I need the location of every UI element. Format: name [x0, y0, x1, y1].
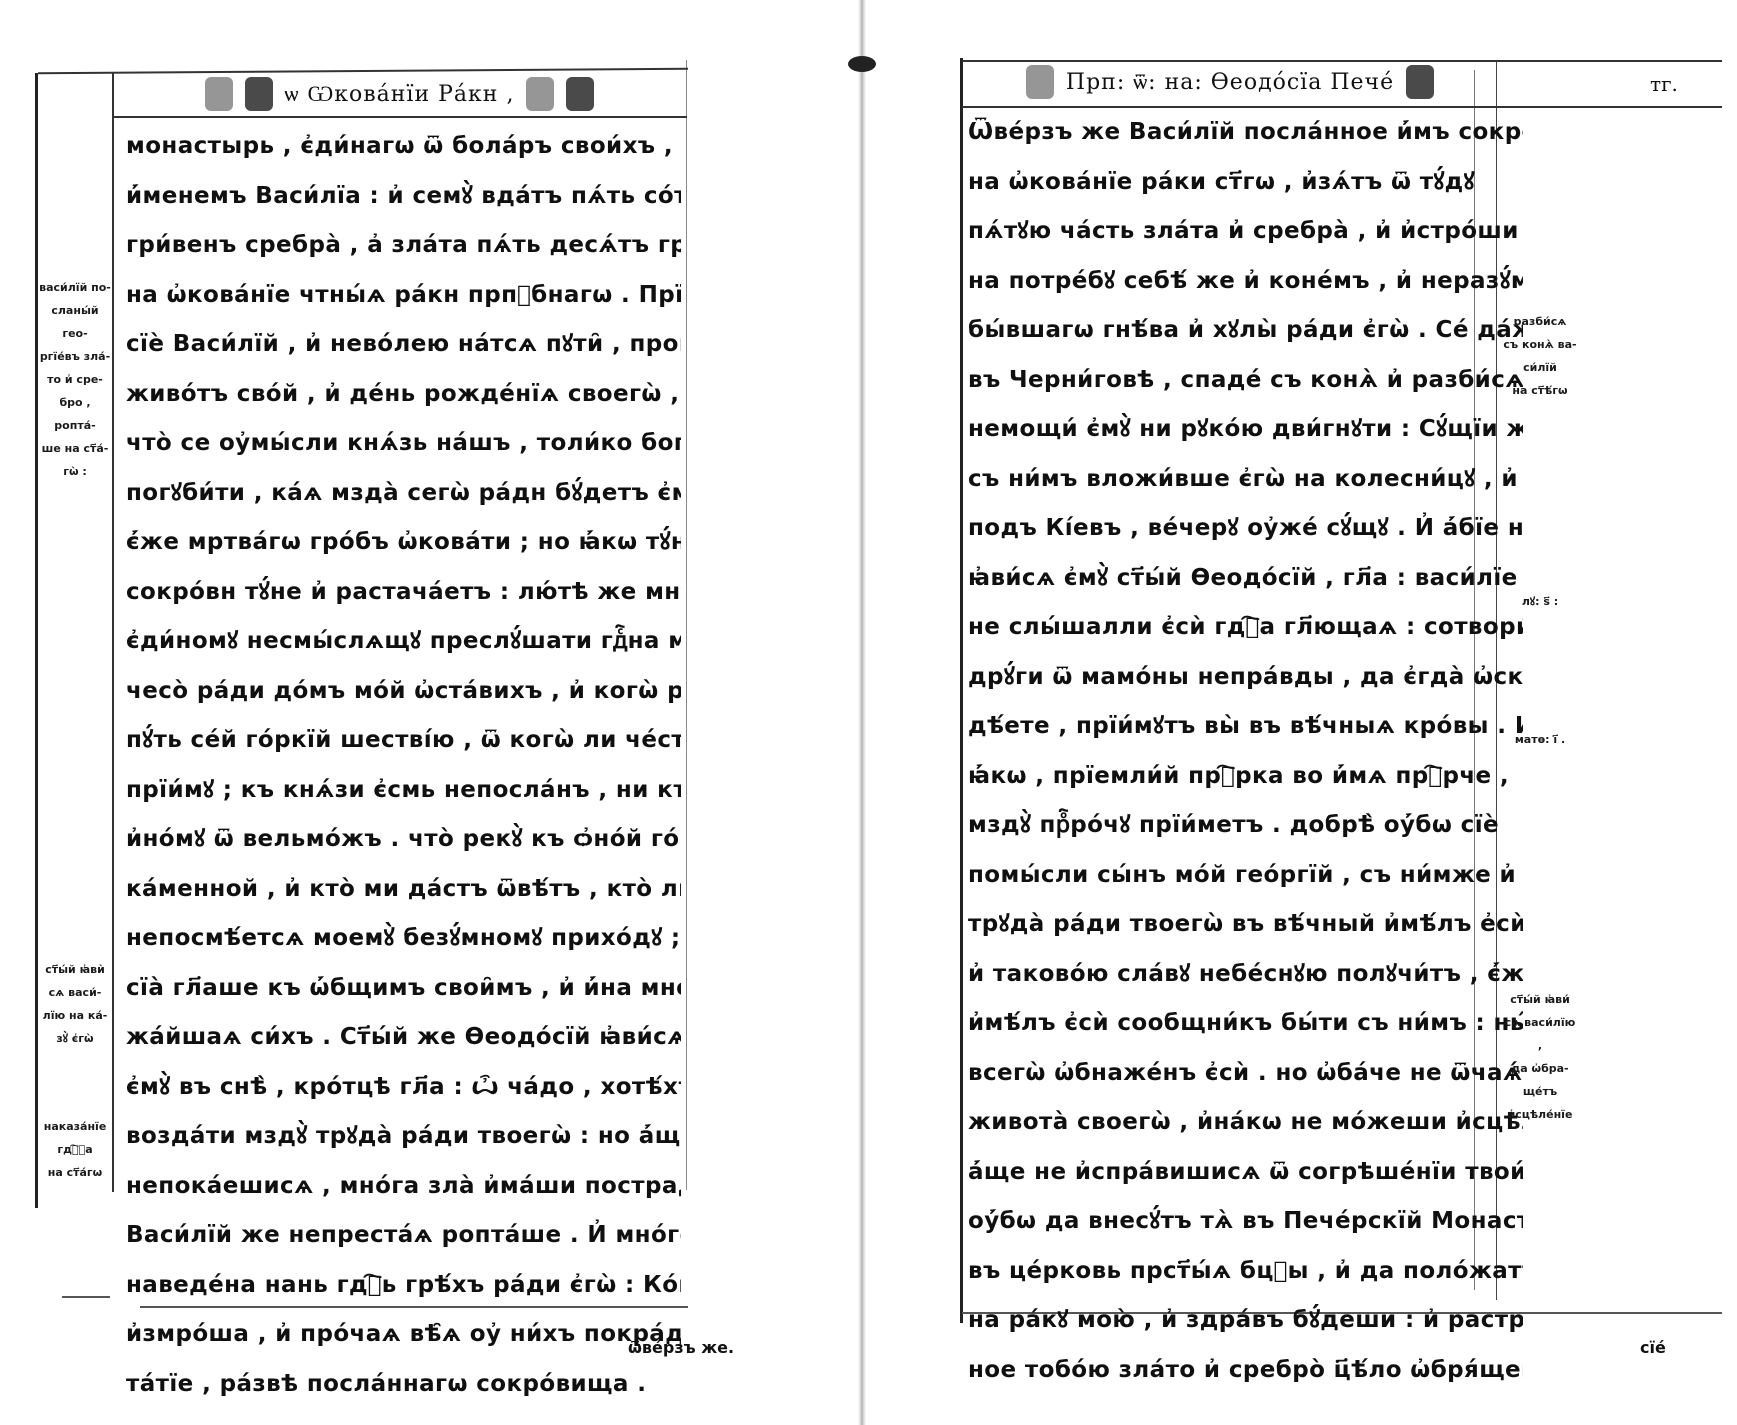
right-page: Прп: ѿ: на: Ѳеодо́сїа Пече́ тг. Ѿве́рзъ …: [960, 0, 1737, 1425]
margin-note: васи́лїй по-сланы́й гео-ргїе́въ зла́-то …: [38, 276, 112, 483]
text-line: помы́сли сы́нъ мо́й гео́ргїй , съ ни́мже…: [968, 851, 1523, 901]
margin-note-line: ше на ст҃а́-: [38, 437, 112, 460]
book-spine: [858, 0, 866, 1425]
text-line: погꙋби́ти , ка́ѧ мзда̀ сегѡ̀ ра́дн бꙋ́де…: [126, 469, 681, 519]
running-header: ѡ Ѡкова́нїи Ра́кн ,: [112, 74, 687, 114]
text-line: сокро́вн тꙋ́не и҆ растача́етъ : лю́тѣ же…: [126, 568, 681, 618]
text-line: непока́ешисѧ , мно́га зла̀ и҆ма́ши постр…: [126, 1162, 681, 1212]
text-line: пѧ́тꙋю ча́сть зла́та и҆ сребра̀ , и҆ и҆с…: [968, 207, 1523, 257]
text-line: монастырь , є҆ди́нагѡ ѿ бола́ръ свои́хъ …: [126, 122, 681, 172]
margin-note-line: то и҆ сре-: [38, 368, 112, 391]
margin-note-line: разби́сѧ: [1502, 310, 1578, 333]
margin-dash: [62, 1296, 110, 1298]
margin-note-line: лꙋ: ѕ҃ :: [1502, 590, 1578, 613]
text-line: сїа̀ гл҃аше къ ѡ҆́бщимъ свои̑мъ , и҆ и҆́…: [126, 964, 681, 1014]
margin-note-line: на ст҃а́гѡ: [38, 1161, 112, 1184]
text-line: пꙋ́ть се́й го́ркїй шестві́ю , ѿ когѡ̀ ли…: [126, 716, 681, 766]
margin-note: лꙋ: ѕ҃ :: [1502, 590, 1578, 613]
text-line: ꙗ҆́кѡ , прїемли́й прⷪ҇рка во и҆́мѧ прⷪ҇р…: [968, 752, 1523, 802]
margin-note-line: сѧ васи́-: [38, 981, 112, 1004]
body-text: монастырь , є҆ди́нагѡ ѿ бола́ръ свои́хъ …: [126, 122, 681, 1409]
running-header: Прп: ѿ: на: Ѳеодо́сїа Пече́: [960, 62, 1500, 102]
text-line: и҆но́мꙋ ѿ вельмо́жъ . что̀ рекꙋ̀ къ ѻ҆но…: [126, 815, 681, 865]
text-line: оу҆́бѡ да внесꙋ́тъ тѧ̀ въ Пече́рскїй Мон…: [968, 1197, 1523, 1247]
text-line: є҆ди́номꙋ несмы́слѧщꙋ преслꙋ́шати гдⷭ҇на…: [126, 617, 681, 667]
margin-note-line: ст҃ы́й ꙗ҆вѝ: [38, 958, 112, 981]
binding-thread: [848, 56, 876, 72]
margin-note: разби́сѧсъ конѧ̀ ва-си́лїйна ст҃ѣ́гѡ: [1502, 310, 1578, 402]
inner-frame-line: [960, 58, 963, 1323]
text-line: а҆́ще не и҆спра́вишисѧ ѿ согрѣше́нїи тво…: [968, 1148, 1523, 1198]
text-line: непосмѣ́етсѧ моемꙋ̀ безꙋ́мномꙋ прихо́дꙋ …: [126, 914, 681, 964]
catchword: ѿве́рзъ же.: [628, 1338, 734, 1357]
margin-note-line: лїю на ка́-: [38, 1004, 112, 1027]
margin-note-line: сѧ васи́лїю ,: [1502, 1011, 1578, 1057]
ink-blot: [526, 77, 554, 111]
text-line: и҆мѣ́лъ є҆сѝ сообщни́къ бы́ти съ ни́мъ :…: [968, 999, 1523, 1049]
text-line: дѣ́ете , прїи́мꙋтъ вы̀ въ вѣ́чныѧ кро́вы…: [968, 702, 1523, 752]
margin-note-line: съ конѧ̀ ва-: [1502, 333, 1578, 356]
margin-note: матѳ: і҃ .: [1502, 728, 1578, 751]
margin-note-line: гдⷭ҇ꙋа: [38, 1138, 112, 1161]
ink-blot: [1026, 65, 1054, 99]
text-line: бы́вшагѡ гнѣ́ва и҆ хꙋлы̀ ра́ди є҆гѡ̀ . С…: [968, 306, 1523, 356]
text-line: возда́ти мздꙋ̀ трꙋда̀ ра́ди твоегѡ̀ : но…: [126, 1112, 681, 1162]
text-line: наведе́на нань гдⷭ҇ь грѣ́хъ ра́ди є҆гѡ̀ …: [126, 1261, 681, 1311]
text-line: всегѡ̀ ѡ҆бнаже́нъ є҆сѝ . но ѡ҆ба́че не ѿ…: [968, 1049, 1523, 1099]
header-title: ѡ Ѡкова́нїи Ра́кн ,: [285, 81, 515, 107]
margin-note: ст҃ы́й ꙗ҆ви́сѧ васи́лїю ,да ѡ҆бра-ще́тъ …: [1502, 988, 1578, 1126]
margin-note-line: зꙋ̀ є҆гѡ̀: [38, 1027, 112, 1050]
text-line: гри́венъ сребра̀ , а҆ зла́та пѧ́ть десѧ́…: [126, 221, 681, 271]
ink-blot: [1406, 65, 1434, 99]
margin-note-line: васи́лїй по-: [38, 276, 112, 299]
text-line: трꙋда̀ ра́ди твоегѡ̀ въ вѣ́чный и҆мѣ́лъ …: [968, 900, 1523, 950]
text-line: и҆змро́ша , и҆ про́чаѧ вѣ̑ѧ оу҆ ни́хъ по…: [126, 1310, 681, 1360]
catchword: сїе́: [1640, 1338, 1666, 1357]
margin-note-line: наказа́нїе: [38, 1115, 112, 1138]
text-line: мздꙋ̀ прⷪ҇ро́чꙋ прїи́метъ . добрѣ̀ оу҆́б…: [968, 801, 1523, 851]
margin-column-rule: [112, 72, 114, 1192]
margin-note-line: си́лїй: [1502, 356, 1578, 379]
text-line: немощи́ є҆мꙋ̀ ни рꙋко́ю дви́гнꙋти : Сꙋ́щ…: [968, 405, 1523, 455]
text-line: подъ Кі́евъ , ве́черꙋ оу҆же́ сꙋ́щꙋ . И҆ …: [968, 504, 1523, 554]
text-line: ка́менной , и҆ кто̀ ми да́стъ ѿвѣ́тъ , к…: [126, 865, 681, 915]
ink-blot: [205, 77, 233, 111]
margin-note-line: на ст҃ѣ́гѡ: [1502, 379, 1578, 402]
text-line: что̀ се оу҆мы́сли кнѧ́зь на́шъ , толи́ко…: [126, 419, 681, 469]
margin-note: наказа́нїегдⷭ҇ꙋана ст҃а́гѡ: [38, 1115, 112, 1184]
right-frame-rule: [686, 60, 687, 1190]
text-line: дрꙋ́ги ѿ мамо́ны непра́вды , да є҆гда̀ ѡ…: [968, 653, 1523, 703]
text-line: не слы́шалли є҆сѝ гдⷭ҇а гл҃ющаѧ : сотвор…: [968, 603, 1523, 653]
text-line: на ѡ҆кова́нїе ра́ки ст҃гѡ , и҆зѧ́тъ ѿ тꙋ…: [968, 158, 1523, 208]
text-line: на ѡ҆кова́нїе чтны́ѧ ра́кн прпⷣбнагѡ . П…: [126, 271, 681, 321]
ink-blot: [566, 77, 594, 111]
text-line: въ це́рковь прст҃ы́ѧ бцⷣы , и҆ да поло́ж…: [968, 1247, 1523, 1297]
margin-note-line: гѡ̀ :: [38, 460, 112, 483]
text-line: Васи́лїй же непреста́ѧ ропта́ше . И҆ мно…: [126, 1211, 681, 1261]
text-line: сїѐ Васи́лїй , и҆ нево́лею на́тсѧ пꙋти̑ …: [126, 320, 681, 370]
text-line: на потре́бꙋ себѣ́ же и҆ коне́мъ , и҆ нер…: [968, 257, 1523, 307]
ink-blot: [245, 77, 273, 111]
text-line: ꙗ҆ви́сѧ є҆мꙋ̀ ст҃ы́й Ѳеодо́сїй , гл҃а : …: [968, 554, 1523, 604]
body-text: Ѿве́рзъ же Васи́лїй посла́нное и҆́мъ сок…: [968, 108, 1523, 1395]
text-line: жа́йшаѧ си́хъ . Ст҃ы́й же Ѳеодо́сїй ꙗ҆ви…: [126, 1013, 681, 1063]
folio-number: тг.: [1650, 72, 1678, 96]
text-line: є҆мꙋ̀ въ снѣ̀ , кро́тцѣ гл҃а : ѽ ча́до ,…: [126, 1063, 681, 1113]
left-page: ѡ Ѡкова́нїи Ра́кн , монастырь , є҆ди́наг…: [0, 0, 780, 1425]
margin-note: ст҃ы́й ꙗ҆вѝсѧ васи́-лїю на ка́-зꙋ̀ є҆гѡ̀: [38, 958, 112, 1050]
text-line: чесо̀ ра́ди до́мъ мо́й ѡ҆ста́вихъ , и҆ к…: [126, 667, 681, 717]
margin-note-line: бро , ропта́-: [38, 391, 112, 437]
margin-note-line: да ѡ҆бра-: [1502, 1057, 1578, 1080]
header-title: Прп: ѿ: на: Ѳеодо́сїа Пече́: [1066, 69, 1394, 95]
margin-note-line: ст҃ы́й ꙗ҆ви́: [1502, 988, 1578, 1011]
header-rule: [112, 116, 687, 118]
margin-note-line: сланы́й гео-: [38, 299, 112, 345]
margin-note-line: матѳ: і҃ .: [1502, 728, 1578, 751]
margin-note-line: ргїе́въ зла́-: [38, 345, 112, 368]
text-line: живота̀ своегѡ̀ , и҆на́кѡ не мо́жеши и҆с…: [968, 1098, 1523, 1148]
text-line: живо́тъ сво́й , и҆ де́нь рожде́нїѧ своег…: [126, 370, 681, 420]
text-line: и҆ таково́ю сла́вꙋ небе́снꙋю полꙋчи́тъ ,…: [968, 950, 1523, 1000]
text-line: та́тїе , ра́звѣ посла́ннагѡ сокро́вища .: [126, 1360, 681, 1410]
text-line: Ѿве́рзъ же Васи́лїй посла́нное и҆́мъ сок…: [968, 108, 1523, 158]
text-line: съ ни́мъ вложи́вше є҆гѡ̀ на колесни́цꙋ ,…: [968, 455, 1523, 505]
text-line: прїи́мꙋ ; къ кнѧ́зи є҆смь непосла́нъ , н…: [126, 766, 681, 816]
text-line: въ Черни́говѣ , спаде́ съ конѧ̀ и҆ разби…: [968, 356, 1523, 406]
text-line: и҆́менемъ Васи́лїа : и҆ семꙋ̀ вда́тъ пѧ́…: [126, 172, 681, 222]
margin-note-line: ще́тъ и҆сцѣле́нїе: [1502, 1080, 1578, 1126]
text-line: ное тобо́ю зла́то и҆ сребро̀ ц҃ѣ́ло ѡ҆бр…: [968, 1346, 1523, 1396]
text-line: є҆́же мртва́гѡ гро́бъ ѡ҆кова́ти ; но ꙗ҆́…: [126, 518, 681, 568]
text-line: на ра́кꙋ мою̀ , и҆ здра́въ бꙋ́деши : и҆ …: [968, 1296, 1523, 1346]
